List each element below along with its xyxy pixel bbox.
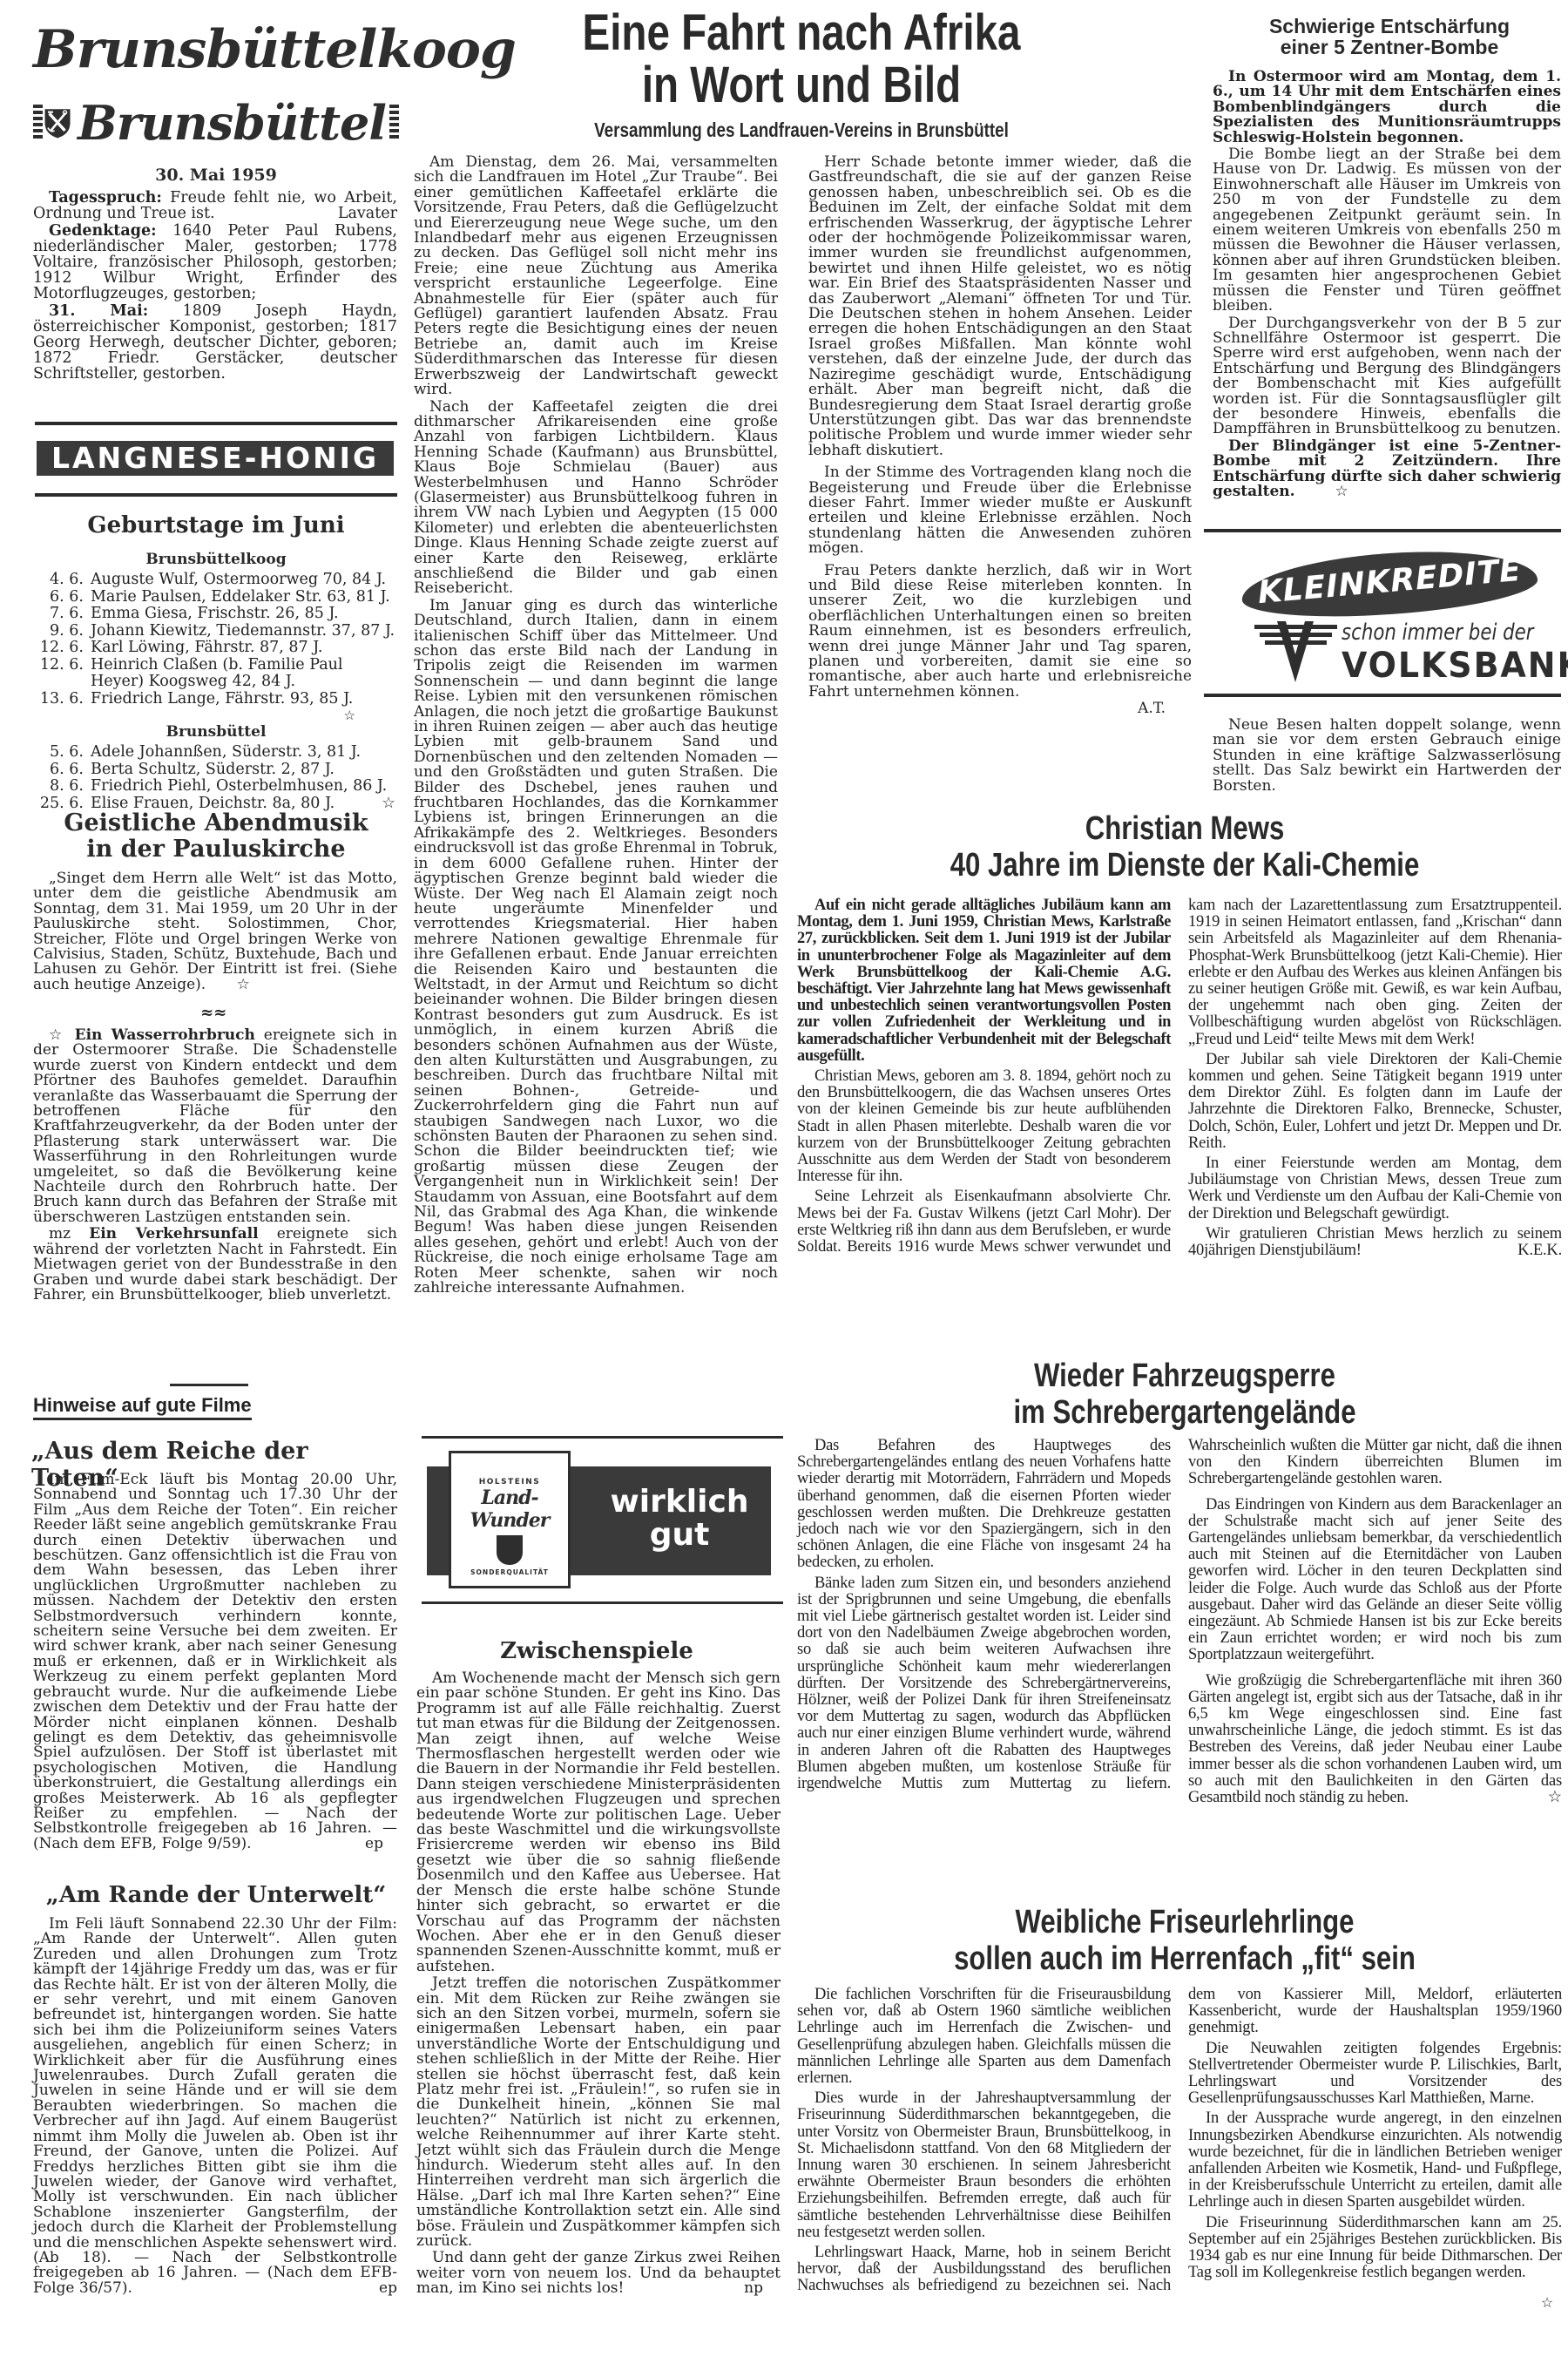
birthdays-group-place: Brunsbüttelkoog	[33, 551, 399, 568]
ad-landwunder: HOLSTEINS Land-Wunder SONDERQUALITÄT wir…	[427, 1451, 775, 1590]
mai31-label: 31. Mai:	[49, 302, 148, 320]
birthday-entry: 9. 6.Johann Kiewitz, Tiedemannstr. 37, 8…	[33, 623, 399, 640]
filme-section-title: Hinweise auf gute Filme	[33, 1394, 399, 1417]
film2-title: „Am Rande der Unterwelt“	[33, 1882, 399, 1908]
tagesspruch-author: Lavater	[322, 206, 397, 221]
anchor-shovel-crest-icon	[43, 84, 72, 162]
birthday-entry: 5. 6.Adele Johannßen, Süderstr. 3, 81 J.	[33, 744, 399, 762]
zwischenspiele-title: Zwischenspiele	[414, 1638, 780, 1664]
afrika-body-col2: Herr Schade betonte immer wieder, daß di…	[808, 155, 1192, 717]
schrebergarten-body: Das Befahren des Hauptweges des Schreber…	[797, 1438, 1562, 1806]
mews-body: Auf ein nicht gerade alltägliches Jubilä…	[797, 897, 1562, 1259]
masthead: Brunsbüttelkoog Brunsbüttel	[33, 19, 399, 172]
abendmusik-title: Geistliche Abendmusik in der Pauluskirch…	[33, 810, 399, 863]
birthdays-title: Geburtstage im Juni	[33, 512, 399, 538]
film1-body: Im Film-Eck läuft bis Montag 20.00 Uhr, …	[33, 1473, 397, 1853]
almanac: Tagesspruch: Freude fehlt nie, wo Arbeit…	[33, 190, 397, 383]
divider	[35, 422, 397, 425]
birthday-entry: 4. 6.Auguste Wulf, Ostermoorweg 70, 84 J…	[33, 572, 399, 589]
volksbank-logo-icon	[1254, 621, 1337, 684]
milk-carton-icon: HOLSTEINS Land-Wunder SONDERQUALITÄT	[449, 1451, 571, 1588]
birthday-entry: 7. 6.Emma Giesa, Frischstr. 26, 85 J.	[33, 606, 399, 623]
birthdays-list: Brunsbüttelkoog 4. 6.Auguste Wulf, Oster…	[33, 551, 399, 812]
bombe-title: Schwierige Entschärfung einer 5 Zentner-…	[1211, 16, 1568, 58]
besen-tipp: Neue Besen halten doppelt solange, wenn …	[1213, 718, 1561, 796]
masthead-line2: Brunsbüttel	[78, 97, 386, 149]
friseur-title: Weibliche Friseurlehrlinge sollen auch i…	[870, 1904, 1499, 1977]
mews-title: Christian Mews 40 Jahre im Dienste der K…	[870, 810, 1499, 884]
birthday-entry: 8. 6.Friedrich Piehl, Osterbelmhusen, 86…	[33, 778, 399, 796]
birthday-entry: 12. 6.Karl Löwing, Fährstr. 87, 87 J.	[33, 640, 399, 657]
ribbon-left	[33, 105, 43, 141]
tagesspruch-label: Tagesspruch:	[49, 189, 162, 207]
divider	[35, 493, 397, 497]
star-icon: ☆	[211, 976, 250, 993]
ad-langnese-text: LANGNESE-HONIG	[37, 441, 394, 476]
ad-slogan-line2: gut	[588, 1519, 771, 1552]
issue-date: 30. Mai 1959	[33, 166, 399, 185]
birthday-entry: 6. 6.Marie Paulsen, Eddelaker Str. 63, 8…	[33, 589, 399, 606]
zwischenspiele-body: Am Wochenende macht der Mensch sich gern…	[416, 1671, 781, 2299]
afrika-signature: A.T.	[808, 701, 1192, 716]
divider	[422, 1436, 783, 1439]
afrika-subtitle: Versammlung des Landfrauen-Vereins in Br…	[473, 118, 1130, 142]
masthead-line1: Brunsbüttelkoog	[33, 19, 399, 80]
birthday-entry: 6. 6.Berta Schultz, Süderstr. 2, 87 J.	[33, 762, 399, 779]
ad-volksbank-tagline: schon immer bei der	[1342, 620, 1534, 646]
friseur-body: Die fachlichen Vorschriften für die Fris…	[797, 1987, 1562, 2312]
divider	[422, 1601, 783, 1604]
birthday-entry: 12. 6.Heinrich Claßen (b. Familie Paul H…	[33, 657, 399, 691]
gedenktage-label: Gedenktage:	[49, 222, 157, 240]
ad-langnese-honig: LANGNESE-HONIG	[37, 441, 394, 476]
schrebergarten-title: Wieder Fahrzeugsperre im Schrebergarteng…	[870, 1358, 1499, 1431]
star-icon: ☆	[1300, 483, 1348, 500]
afrika-body-col1: Am Dienstag, dem 26. Mai, versammelten s…	[414, 155, 778, 1297]
film2-body: Im Feli läuft Sonnabend 22.30 Uhr der Fi…	[33, 1917, 397, 2298]
ad-volksbank: KLEINKREDITE schon immer bei der VOLKSBA…	[1220, 545, 1559, 688]
bombe-body: In Ostermoor wird am Montag, dem 1. 6., …	[1213, 70, 1561, 501]
divider	[170, 1384, 248, 1386]
birthday-entry: 13. 6.Friedrich Lange, Fährstr. 93, 85 J…	[33, 691, 399, 708]
ribbon-right	[389, 105, 399, 141]
star-icon: ☆	[1531, 1790, 1562, 1806]
ad-slogan-line1: wirklich	[588, 1486, 771, 1519]
birthdays-group-place: Brunsbüttel	[33, 723, 399, 741]
divider	[1204, 529, 1561, 532]
divider	[1204, 694, 1561, 697]
afrika-title: Eine Fahrt nach Afrika in Wort und Bild	[473, 7, 1130, 112]
wasserrohrbruch-body: ☆ Ein Wasserrohrbruch ereignete sich in …	[33, 1028, 397, 1304]
wave-ornament-icon: ≈≈	[200, 1004, 226, 1022]
abendmusik-body: „Singet dem Herrn alle Welt“ ist das Mot…	[33, 871, 397, 994]
star-icon: ☆	[33, 708, 399, 723]
ad-volksbank-brand: VOLKSBANK	[1342, 646, 1568, 686]
star-icon: ☆	[797, 2295, 1562, 2312]
